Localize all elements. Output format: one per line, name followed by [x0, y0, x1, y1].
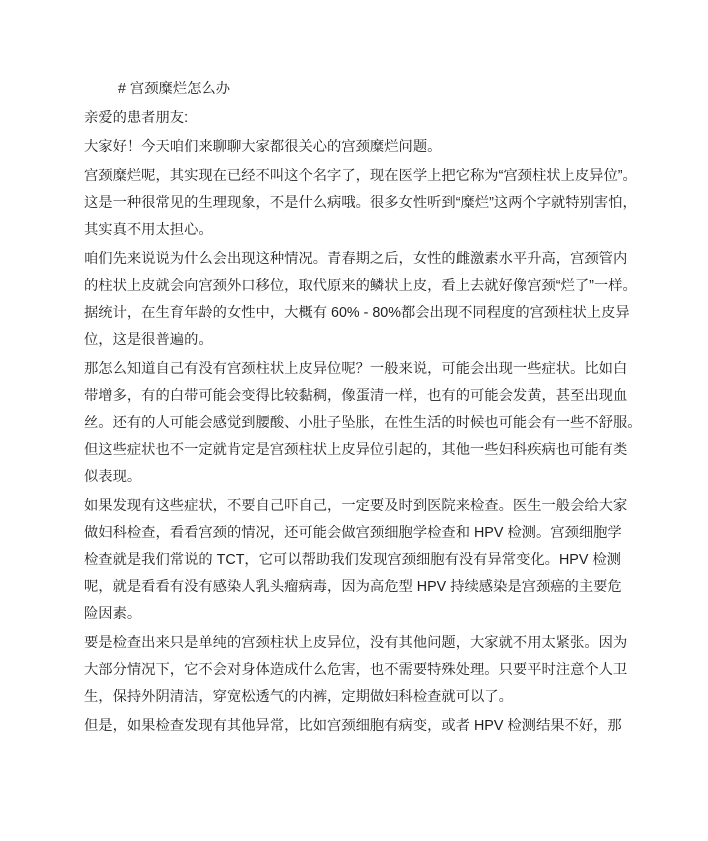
text-line: 检查就是我们常说的 TCT，它可以帮助我们发现宫颈细胞有没有异常变化。HPV 检…: [84, 547, 624, 574]
text-line: 险因素。: [84, 601, 624, 628]
paragraph: 但是，如果检查发现有其他异常，比如宫颈细胞有病变，或者 HPV 检测结果不好，那: [84, 713, 624, 740]
text-line: 但这些症状也不一定就肯定是宫颈柱状上皮异位引起的，其他一些妇科疾病也可能有类: [84, 437, 624, 464]
text-line: 生，保持外阴清洁，穿宽松透气的内裤，定期做妇科检查就可以了。: [84, 684, 624, 711]
text-line: 亲爱的患者朋友:: [84, 105, 624, 132]
text-line: 那怎么知道自己有没有宫颈柱状上皮异位呢？一般来说，可能会出现一些症状。比如白: [84, 356, 624, 383]
document-page: # 宫颈糜烂怎么办 亲爱的患者朋友:大家好！今天咱们来聊聊大家都很关心的宫颈糜烂…: [0, 0, 708, 841]
text-line: 位，这是很普遍的。: [84, 327, 624, 354]
text-line: 带增多，有的白带可能会变得比较黏稠，像蛋清一样，也有的可能会发黄，甚至出现血: [84, 383, 624, 410]
paragraph: 要是检查出来只是单纯的宫颈柱状上皮异位，没有其他问题，大家就不用太紧张。因为大部…: [84, 630, 624, 711]
document-body: 亲爱的患者朋友:大家好！今天咱们来聊聊大家都很关心的宫颈糜烂问题。宫颈糜烂呢，其…: [84, 105, 624, 740]
document-content: # 宫颈糜烂怎么办 亲爱的患者朋友:大家好！今天咱们来聊聊大家都很关心的宫颈糜烂…: [84, 76, 624, 742]
text-line: 据统计，在生育年龄的女性中，大概有 60% - 80%都会出现不同程度的宫颈柱状…: [84, 300, 624, 327]
text-line: 宫颈糜烂呢，其实现在已经不叫这个名字了，现在医学上把它称为“宫颈柱状上皮异位”。: [84, 163, 624, 190]
text-line: 这是一种很常见的生理现象，不是什么病哦。很多女性听到“糜烂”这两个字就特别害怕，: [84, 190, 624, 217]
text-line: 丝。还有的人可能会感觉到腰酸、小肚子坠胀，在性生活的时候也可能会有一些不舒服。: [84, 410, 624, 437]
paragraph: 咱们先来说说为什么会出现这种情况。青春期之后，女性的雌激素水平升高，宫颈管内的柱…: [84, 246, 624, 354]
text-line: 但是，如果检查发现有其他异常，比如宫颈细胞有病变，或者 HPV 检测结果不好，那: [84, 713, 624, 740]
text-line: 做妇科检查，看看宫颈的情况，还可能会做宫颈细胞学检查和 HPV 检测。宫颈细胞学: [84, 520, 624, 547]
text-line: 的柱状上皮就会向宫颈外口移位，取代原来的鳞状上皮，看上去就好像宫颈“烂了”一样。: [84, 273, 624, 300]
paragraph: 宫颈糜烂呢，其实现在已经不叫这个名字了，现在医学上把它称为“宫颈柱状上皮异位”。…: [84, 163, 624, 244]
text-line: 要是检查出来只是单纯的宫颈柱状上皮异位，没有其他问题，大家就不用太紧张。因为: [84, 630, 624, 657]
text-line: 似表现。: [84, 464, 624, 491]
text-line: 如果发现有这些症状，不要自己吓自己，一定要及时到医院来检查。医生一般会给大家: [84, 493, 624, 520]
text-line: 大部分情况下，它不会对身体造成什么危害，也不需要特殊处理。只要平时注意个人卫: [84, 657, 624, 684]
paragraph: 那怎么知道自己有没有宫颈柱状上皮异位呢？一般来说，可能会出现一些症状。比如白带增…: [84, 356, 624, 491]
text-line: 大家好！今天咱们来聊聊大家都很关心的宫颈糜烂问题。: [84, 134, 624, 161]
text-line: 呢，就是看看有没有感染人乳头瘤病毒，因为高危型 HPV 持续感染是宫颈癌的主要危: [84, 574, 624, 601]
text-line: 咱们先来说说为什么会出现这种情况。青春期之后，女性的雌激素水平升高，宫颈管内: [84, 246, 624, 273]
document-title: # 宫颈糜烂怎么办: [84, 76, 624, 103]
paragraph: 大家好！今天咱们来聊聊大家都很关心的宫颈糜烂问题。: [84, 134, 624, 161]
text-line: 其实真不用太担心。: [84, 217, 624, 244]
paragraph: 如果发现有这些症状，不要自己吓自己，一定要及时到医院来检查。医生一般会给大家做妇…: [84, 493, 624, 628]
paragraph: 亲爱的患者朋友:: [84, 105, 624, 132]
